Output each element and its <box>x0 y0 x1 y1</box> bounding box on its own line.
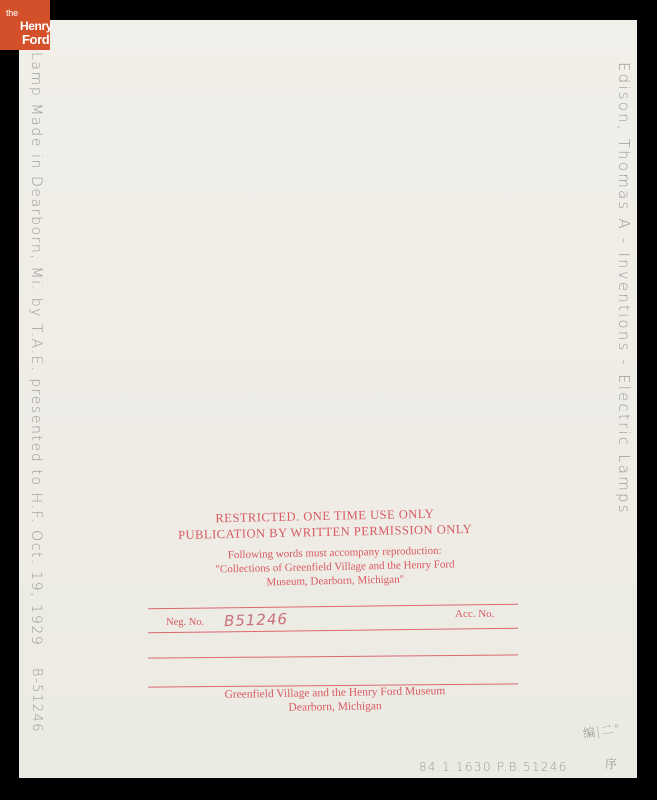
pencil-note-left: Lamp Made in Dearborn, Mi. by T.A.E. pre… <box>28 52 44 646</box>
accession-number: 84.1.1630.P.B.51246 <box>419 760 568 774</box>
neg-no-value: B51246 <box>224 610 289 630</box>
henry-ford-logo: the Henry Ford <box>0 0 50 50</box>
acc-no-label: Acc. No. <box>455 608 494 620</box>
corner-mark-2: 序 <box>605 755 618 772</box>
logo-the: the <box>6 9 18 18</box>
logo-ford: Ford <box>22 33 49 46</box>
neg-no-label: Neg. No. <box>166 617 204 628</box>
pencil-note-right: Edison, Thomas A - Inventions - Electric… <box>615 62 633 515</box>
pencil-id-left: B-51246 <box>29 668 44 733</box>
museum-footer-stamp: Greenfield Village and the Henry Ford Mu… <box>190 683 480 716</box>
photo-back-paper <box>19 20 637 778</box>
credit-stamp: Following words must accompany reproduct… <box>150 542 521 592</box>
logo-henry: Henry <box>20 20 52 32</box>
